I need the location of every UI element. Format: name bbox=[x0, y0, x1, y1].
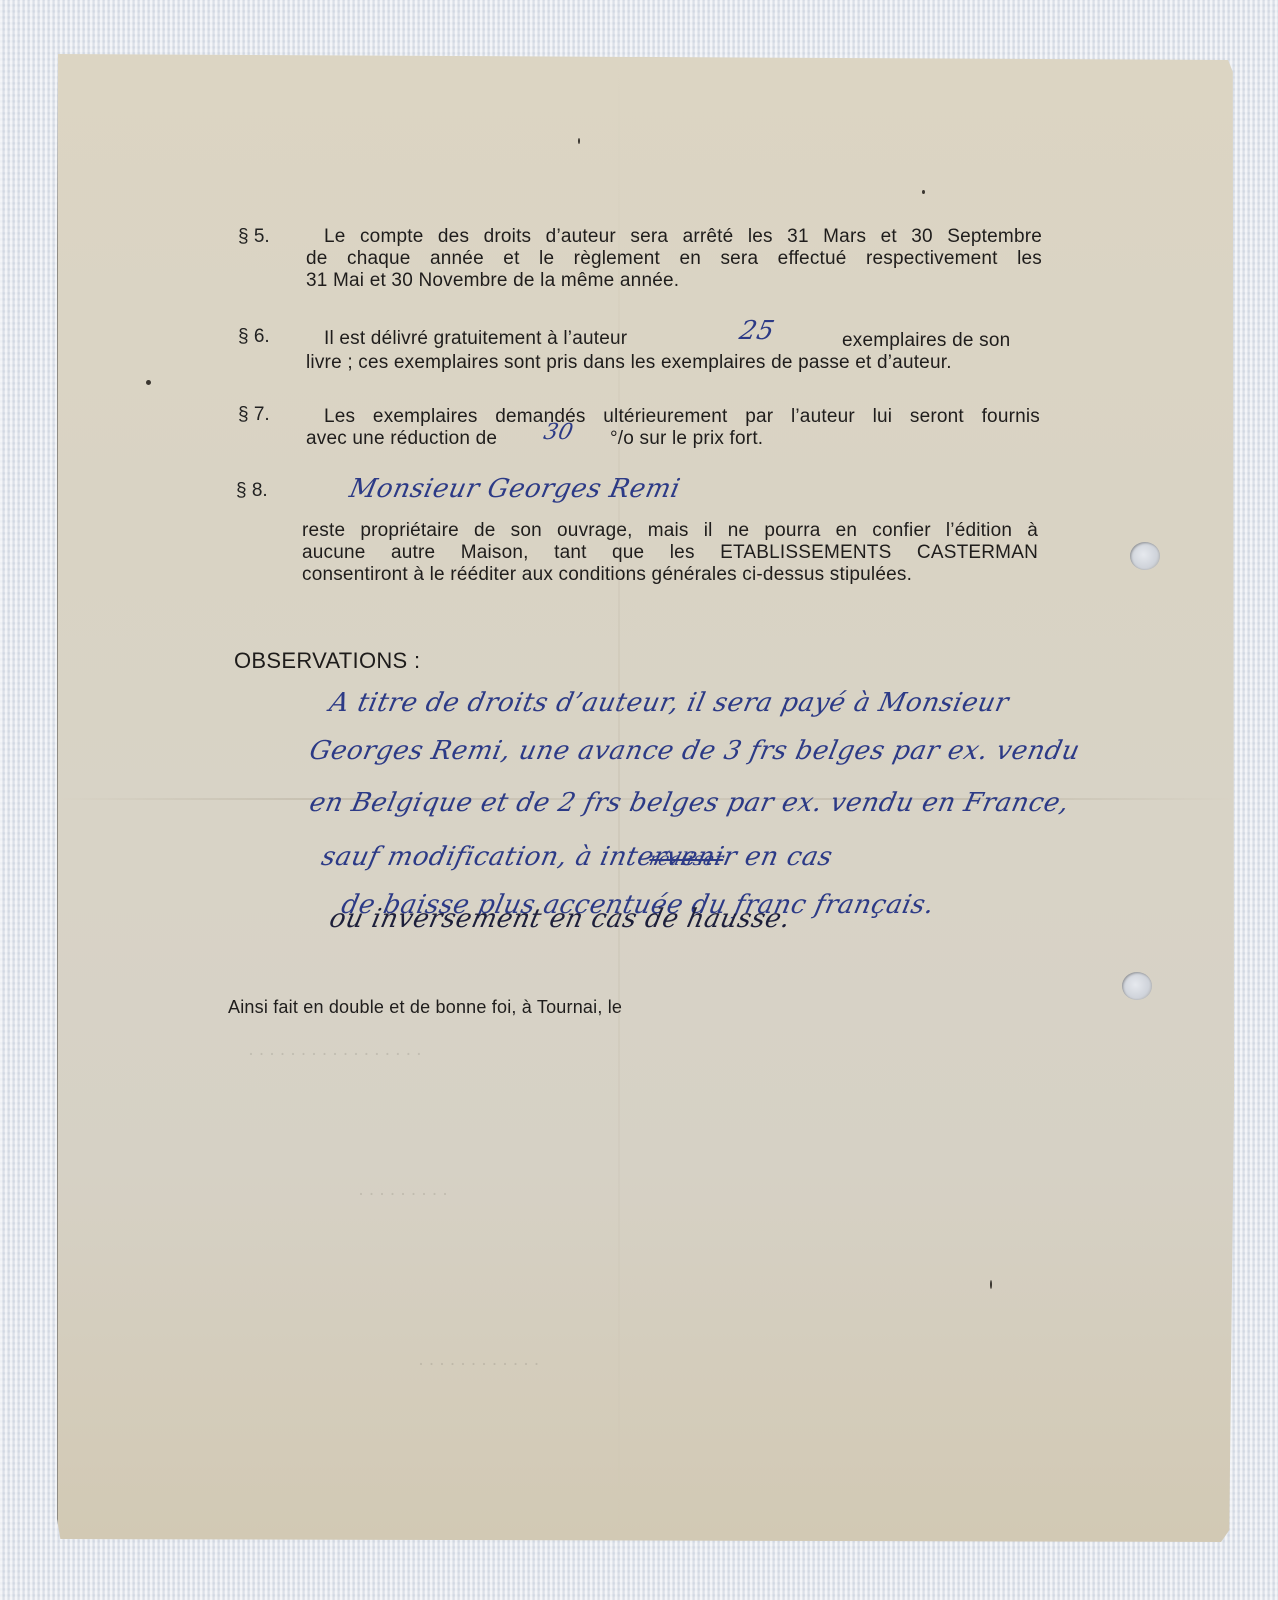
closing-statement: Ainsi fait en double et de bonne foi, à … bbox=[228, 996, 622, 1018]
section-5-line-1: Le compte des droits d’auteur sera arrêt… bbox=[306, 226, 1042, 248]
observation-line-4: sauf modification, à intervenir en cas bbox=[319, 842, 836, 872]
observation-line-4-text: sauf modification, à intervenir en cas bbox=[319, 842, 836, 872]
observation-line-1: A titre de droits d’auteur, il sera payé… bbox=[327, 688, 1012, 718]
section-8-text: reste propriétaire de son ouvrage, mais … bbox=[302, 520, 1038, 586]
section-7-line-2-before: avec une réduction de bbox=[306, 428, 497, 450]
section-8-number: § 8. bbox=[236, 480, 268, 502]
section-7-number: § 7. bbox=[238, 404, 270, 426]
section-7-line-1: Les exemplaires demandés ultérieurement … bbox=[324, 406, 1040, 428]
observation-line-6: ou inversement en cas de hausse. bbox=[327, 904, 794, 934]
punch-hole-upper bbox=[1130, 542, 1160, 570]
show-through-text: · · · · · · · · · · · · bbox=[418, 1354, 539, 1375]
ink-speck bbox=[990, 1280, 992, 1289]
handwritten-free-copies-count: 25 bbox=[737, 316, 777, 346]
section-6-line-1-before: Il est délivré gratuitement à l’auteur bbox=[324, 328, 627, 350]
section-5-text: Le compte des droits d’auteur sera arrêt… bbox=[306, 226, 1042, 292]
punch-hole-lower bbox=[1122, 972, 1152, 1000]
ink-speck bbox=[922, 190, 925, 194]
show-through-text: · · · · · · · · · bbox=[358, 1184, 448, 1205]
show-through-text: · · · · · · · · · · · · · · · · · bbox=[248, 1044, 422, 1065]
section-6-line-2: livre ; ces exemplaires sont pris dans l… bbox=[306, 352, 1042, 374]
section-5-line-3: 31 Mai et 30 Novembre de la même année. bbox=[306, 270, 1042, 292]
section-6-number: § 6. bbox=[238, 326, 270, 348]
observation-line-2: Georges Remi, une avance de 3 frs belges… bbox=[307, 736, 1083, 766]
section-5-number: § 5. bbox=[238, 226, 270, 248]
observation-line-3: en Belgique et de 2 frs belges par ex. v… bbox=[307, 788, 1072, 818]
struck-word-text: réaliser bbox=[647, 849, 725, 870]
handwritten-author-name: Monsieur Georges Remi bbox=[347, 474, 683, 504]
section-7-line-2-after: °/o sur le prix fort. bbox=[610, 428, 763, 450]
handwritten-discount-percent: 30 bbox=[541, 420, 575, 445]
ink-speck bbox=[578, 138, 580, 144]
section-8-line-2: aucune autre Maison, tant que les ETABLI… bbox=[302, 542, 1038, 564]
contract-page: · · · · · · · · · · · · · · · · · · · · … bbox=[58, 54, 1234, 1542]
section-5-line-2: de chaque année et le règlement en sera … bbox=[306, 248, 1042, 270]
section-6-line-1-after: exemplaires de son bbox=[842, 330, 1010, 352]
section-8-line-3: consentiront à le rééditer aux condition… bbox=[302, 564, 1038, 586]
observations-label: OBSERVATIONS : bbox=[234, 648, 420, 674]
section-8-line-1: reste propriétaire de son ouvrage, mais … bbox=[302, 520, 1038, 542]
ink-speck bbox=[146, 380, 151, 385]
struck-out-word: réaliser bbox=[647, 842, 727, 872]
